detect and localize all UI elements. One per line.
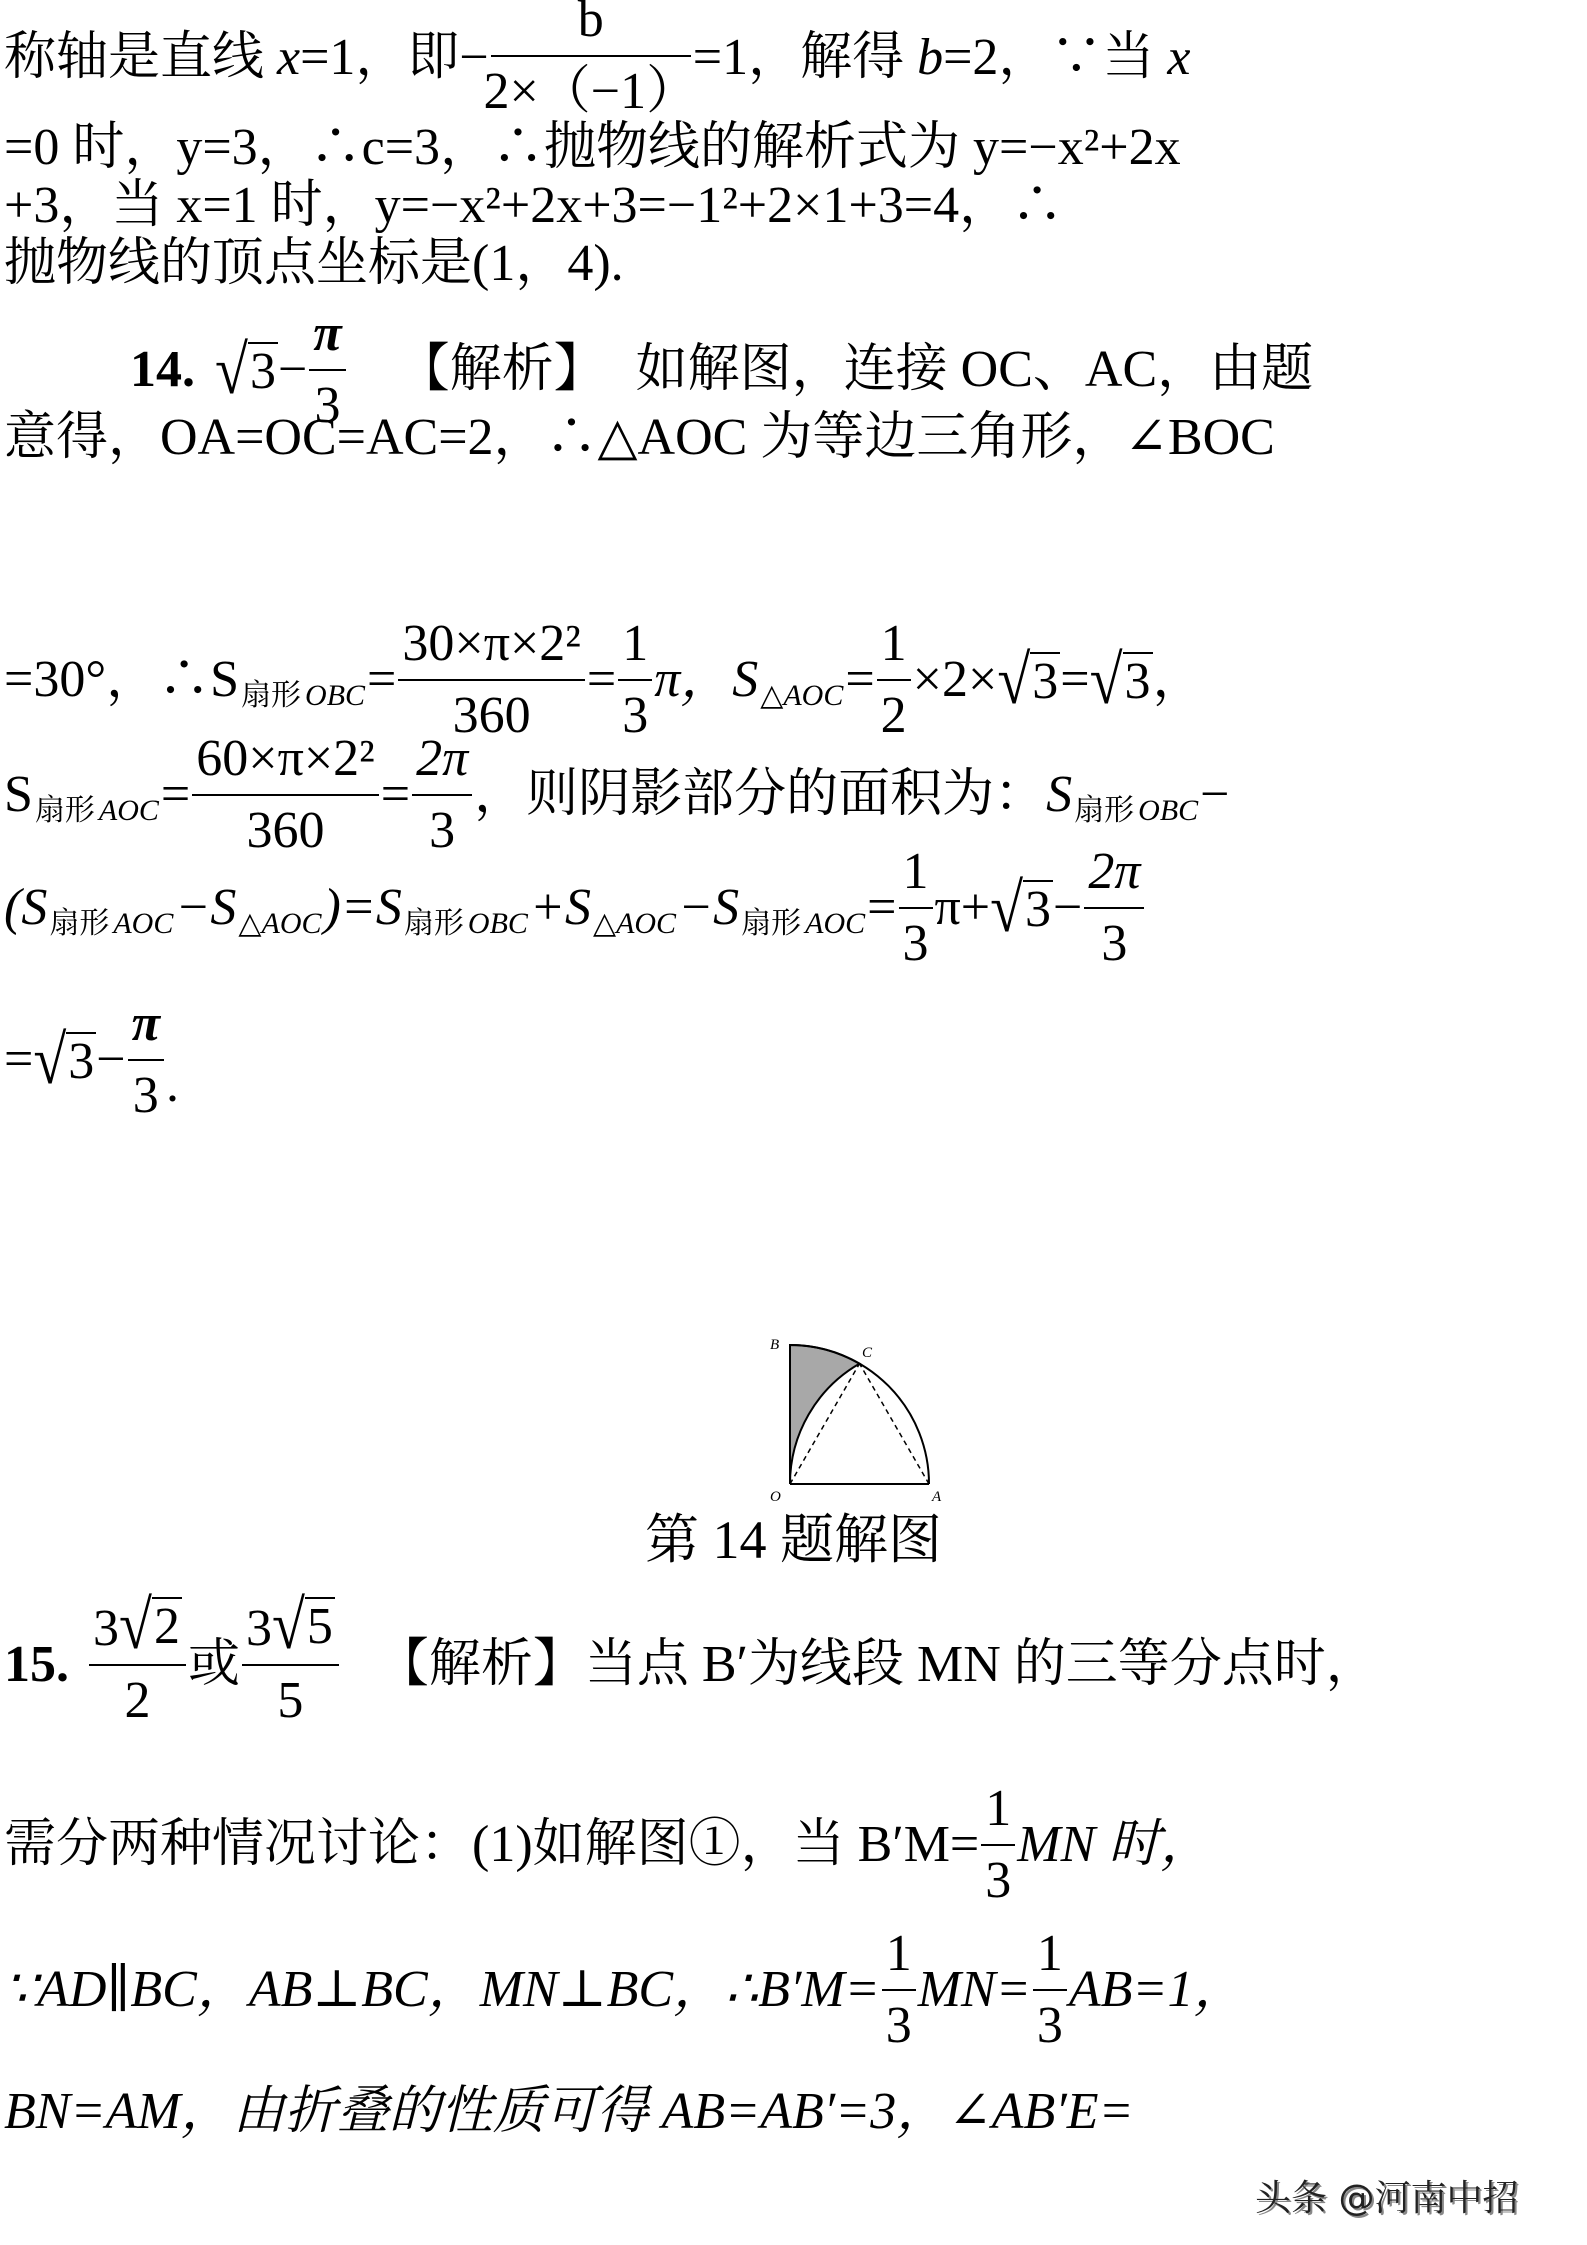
radicand: 3 xyxy=(248,342,278,400)
sqrt-expression: √3 xyxy=(990,878,1053,938)
fraction-3sqrt2-over-2: 3√2 2 xyxy=(89,1594,186,1736)
analysis-label: 【解析】 xyxy=(377,1635,585,1695)
text-segment: =1，解得 xyxy=(693,29,904,86)
minus-sign: − xyxy=(96,1030,125,1090)
var-b: b xyxy=(917,29,943,86)
subscript-var: OBC xyxy=(305,679,365,712)
text-segment: (S xyxy=(4,878,47,938)
radicand: 3 xyxy=(1023,880,1053,938)
problem14-line5: (S 扇形AOC −S △AOC )=S 扇形OBC +S △AOC −S 扇形… xyxy=(4,833,1583,983)
subscript: 扇形AOC xyxy=(741,894,865,954)
fraction-numerator: 30×π×2² xyxy=(398,609,585,679)
text-segment: 如解图，连接 OC、AC，由题 xyxy=(636,340,1313,400)
subscript-cn: 扇形 xyxy=(241,679,301,712)
minus-sign: − xyxy=(1200,765,1229,825)
problem15-line4: BN=AM，由折叠的性质可得 AB=AB′=3，∠AB′E= xyxy=(4,2082,1583,2142)
equals-sign: = xyxy=(161,765,190,825)
subscript: △AOC xyxy=(760,666,843,726)
text-segment: =30°，∴S xyxy=(4,650,239,710)
subscript-var: OBC xyxy=(1138,794,1198,827)
fraction: 13 xyxy=(899,837,933,979)
text-segment: )=S xyxy=(324,878,402,938)
radical-icon: √ xyxy=(272,1591,305,1660)
fraction-numerator: 1 xyxy=(899,837,933,907)
fraction: 13 xyxy=(981,1774,1015,1916)
fraction: π3 xyxy=(128,989,164,1131)
subscript: △AOC xyxy=(593,894,676,954)
solution13-line2: =0 时，y=3，∴c=3，∴抛物线的解析式为 y=−x²+2x xyxy=(4,118,1583,178)
text-segment: π，S xyxy=(654,650,758,710)
fraction-numerator: 1 xyxy=(882,1919,916,1989)
fraction-numerator: 2π xyxy=(1084,837,1144,907)
problem14-figure: B C O A xyxy=(760,1325,980,1505)
fraction: 13 xyxy=(1033,1919,1067,2061)
equals-sign: = xyxy=(587,650,616,710)
text-segment: =0 时，y=3，∴c=3，∴抛物线的解析式为 y=−x²+2x xyxy=(4,118,1181,178)
period: . xyxy=(166,1055,179,1115)
subscript-cn: 扇形 xyxy=(49,907,109,940)
fraction-3sqrt5-over-5: 3√5 5 xyxy=(242,1594,339,1736)
fraction-numerator: 60×π×2² xyxy=(192,724,379,794)
sqrt-expression: √3 xyxy=(997,650,1060,710)
svg-text:C: C xyxy=(862,1345,873,1361)
fraction-numerator: 1 xyxy=(1033,1919,1067,1989)
text-segment: 抛物线的顶点坐标是(1，4). xyxy=(4,234,624,294)
quarter-circle-diagram: B C O A xyxy=(760,1325,980,1505)
subscript-var: AOC xyxy=(99,794,159,827)
problem-number: 14. xyxy=(130,340,195,400)
fraction-denominator: 5 xyxy=(273,1666,307,1736)
problem15-line3: ∵AD∥BC，AB⊥BC，MN⊥BC，∴B′M= 13 MN= 13 AB=1， xyxy=(4,1915,1583,2065)
text-segment: AB=1， xyxy=(1069,1960,1246,2020)
radicand: 5 xyxy=(305,1597,335,1655)
subscript-cn: 扇形 xyxy=(1074,794,1134,827)
radical-icon: √ xyxy=(990,874,1023,943)
sqrt-expression: √3 xyxy=(33,1030,96,1090)
svg-text:B: B xyxy=(770,1337,779,1353)
watermark: 头条 @河南中招 xyxy=(1255,2170,1518,2221)
subscript: △AOC xyxy=(238,894,321,954)
fraction-numerator: 2π xyxy=(412,724,472,794)
text-segment: ×2× xyxy=(913,650,998,710)
equals-sign: = xyxy=(381,765,410,825)
subscript-var: AOC xyxy=(113,907,173,940)
text-segment: π+ xyxy=(935,878,991,938)
fraction-denominator: 3 xyxy=(981,1846,1015,1916)
subscript-cn: 扇形 xyxy=(741,907,801,940)
text-segment: 意得，OA=OC=AC=2，∴△AOC 为等边三角形，∠BOC xyxy=(4,408,1275,468)
equals-sign: = xyxy=(4,1030,33,1090)
sqrt-expression: √2 xyxy=(119,1595,182,1655)
var-x: x xyxy=(277,29,300,86)
equals-sign: = xyxy=(845,650,874,710)
analysis-label: 【解析】 xyxy=(398,340,606,400)
svg-text:A: A xyxy=(931,1489,942,1505)
fraction: 2π3 xyxy=(1084,837,1144,979)
radical-icon: √ xyxy=(119,1591,152,1660)
text-segment: −S xyxy=(175,878,236,938)
text-segment: 称轴是直线 xyxy=(4,29,264,86)
minus-sign: − xyxy=(1053,878,1082,938)
fraction-numerator: 3√5 xyxy=(242,1594,339,1664)
fraction-numerator: π xyxy=(309,299,345,369)
text-segment: S xyxy=(4,765,33,825)
radicand: 3 xyxy=(66,1032,96,1090)
figure-caption: 第 14 题解图 xyxy=(0,1510,1587,1570)
equals-sign: = xyxy=(1060,650,1089,710)
fraction-numerator: 1 xyxy=(877,609,911,679)
fraction-denominator: 3 xyxy=(129,1061,163,1131)
fraction-denominator: 3 xyxy=(899,909,933,979)
sqrt-expression: √5 xyxy=(272,1595,335,1655)
problem14-line6: = √3 − π3 . xyxy=(4,985,1583,1135)
subscript-cn: 扇形 xyxy=(404,907,464,940)
text-segment: MN= xyxy=(918,1960,1031,2020)
problem15-line2: 需分两种情况讨论：(1)如解图①，当 B′M= 13 MN 时， xyxy=(4,1770,1583,1920)
fraction-b-over-2x-neg1: b 2×（−1） xyxy=(491,0,691,127)
text-segment: 需分两种情况讨论：(1)如解图①，当 B′M= xyxy=(4,1815,979,1875)
subscript: 扇形AOC xyxy=(49,894,173,954)
text-segment: ， xyxy=(1153,650,1205,710)
fraction-denominator: 3 xyxy=(882,1991,916,2061)
radical-icon: √ xyxy=(1090,646,1123,715)
subscript-var: OBC xyxy=(468,907,528,940)
solution13-line1: 称轴是直线 x=1，即− b 2×（−1） =1，解得 b=2，∵当 x xyxy=(4,22,1583,102)
text-segment: BN=AM，由折叠的性质可得 AB=AB′=3，∠AB′E= xyxy=(4,2082,1134,2142)
solution13-line4: 抛物线的顶点坐标是(1，4). xyxy=(4,234,1583,294)
fraction-numerator: 1 xyxy=(618,609,652,679)
radicand: 3 xyxy=(1030,652,1060,710)
radicand: 2 xyxy=(152,1597,182,1655)
fraction-denominator: 3 xyxy=(1097,909,1131,979)
fraction-numerator: b xyxy=(574,0,608,55)
fraction-numerator: 1 xyxy=(981,1774,1015,1844)
var-x: x xyxy=(1167,29,1190,86)
radical-icon: √ xyxy=(215,336,248,405)
svg-text:O: O xyxy=(770,1489,781,1505)
text-segment: ，则阴影部分的面积为： xyxy=(474,765,1046,825)
subscript-var: AOC xyxy=(805,907,865,940)
subscript: 扇形OBC xyxy=(241,666,365,726)
fraction-numerator: π xyxy=(128,989,164,1059)
radicand: 3 xyxy=(1123,652,1153,710)
text-segment: +3，当 x=1 时，y=−x²+2x+3=−1²+2×1+3=4，∴ xyxy=(4,176,1063,236)
text-segment: ∵AD∥BC，AB⊥BC，MN⊥BC，∴B′M= xyxy=(4,1960,880,2020)
problem15-header: 15. 3√2 2 或 3√5 5 【解析】 当点 B′为线段 MN 的三等分点… xyxy=(4,1590,1583,1740)
fraction-denominator: 2×（−1） xyxy=(479,57,702,127)
coefficient: 3 xyxy=(93,1600,119,1657)
subscript-cn: 扇形 xyxy=(35,794,95,827)
fraction-numerator: 3√2 xyxy=(89,1594,186,1664)
subscript: 扇形OBC xyxy=(404,894,528,954)
sqrt-expression: √ 3 xyxy=(215,340,278,400)
problem14-line2: 意得，OA=OC=AC=2，∴△AOC 为等边三角形，∠BOC xyxy=(4,408,1583,468)
text-segment: S xyxy=(1046,765,1072,825)
equals-sign: = xyxy=(367,650,396,710)
fraction-denominator: 2 xyxy=(120,1666,154,1736)
text-segment: +S xyxy=(530,878,591,938)
solution13-line3: +3，当 x=1 时，y=−x²+2x+3=−1²+2×1+3=4，∴ xyxy=(4,176,1583,236)
subscript: 扇形OBC xyxy=(1074,781,1198,841)
fraction: 13 xyxy=(882,1919,916,2061)
text-segment: MN 时， xyxy=(1017,1815,1212,1875)
or-text: 或 xyxy=(188,1635,240,1695)
radical-icon: √ xyxy=(33,1026,66,1095)
subscript: 扇形AOC xyxy=(35,781,159,841)
coefficient: 3 xyxy=(246,1600,272,1657)
text-segment: =2，∵当 xyxy=(943,29,1154,86)
fraction-denominator: 3 xyxy=(1033,1991,1067,2061)
text-segment: 当点 B′为线段 MN 的三等分点时， xyxy=(585,1635,1378,1695)
radical-icon: √ xyxy=(997,646,1030,715)
sqrt-expression: √3 xyxy=(1090,650,1153,710)
text-segment: −S xyxy=(678,878,739,938)
text-segment: =1，即− xyxy=(300,29,489,86)
problem-number: 15. xyxy=(4,1635,69,1695)
minus-sign: − xyxy=(278,340,307,400)
equals-sign: = xyxy=(867,878,896,938)
